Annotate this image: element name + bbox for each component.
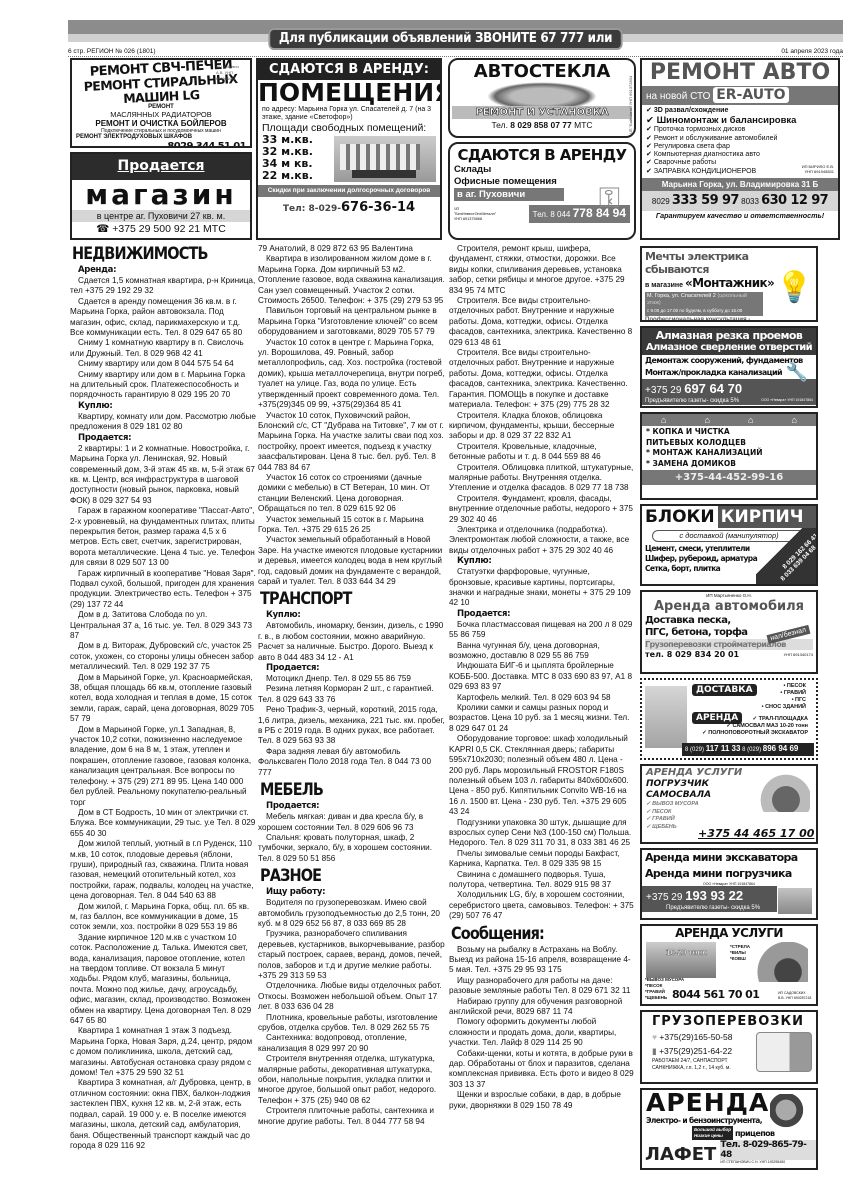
classified-ad: Возьму на рыбалку в Астрахань на Воблу. … — [449, 945, 635, 976]
classified-ad: Квартира 3 комнатная, а/г Дубровка, цент… — [70, 1078, 256, 1151]
ad-title: АРЕНДА УСЛУГИ — [642, 926, 816, 941]
ad-legal: ЧП "БайлАвто" УНП 691372834 — [628, 64, 633, 134]
classified-ad: Сниму квартиру или дом в г. Марьина Горк… — [70, 370, 256, 401]
ad-title: АВТОСТЕКЛА — [452, 62, 632, 82]
ad-legal: ИП САДОВСКИХ В.В. УНП 690287218 — [778, 991, 812, 1000]
drill-image — [770, 1094, 810, 1134]
check-icon: ✔ — [646, 126, 652, 133]
lightbulb-icon: 💡 — [776, 270, 813, 305]
subsection-title: Продается: — [78, 433, 256, 444]
service-label: Ремонт и обслуживание автомобилей — [654, 135, 778, 142]
service-item: ✔ Проточка тормозных дисков — [646, 126, 834, 134]
service-item: ✔ 3D развал/схождение — [646, 107, 834, 115]
ad-blocks-bricks: БЛОКИ КИРПИЧ с доставкой (манипулятор) Ц… — [640, 504, 818, 586]
classified-ad: Дом жилой теплый, уютный в г.п Руденск, … — [70, 839, 256, 901]
ad-cargo-transport: ГРУЗОПЕРЕВОЗКИ ♥ +375(29)165-50-58 ▮ +37… — [640, 1010, 818, 1084]
ad-title: КИРПИЧ — [718, 506, 816, 528]
ad-phone: 896 94 69 — [763, 744, 799, 753]
subsection-title: Куплю: — [266, 610, 446, 621]
ad-services-rent: АРЕНДА УСЛУГИ 10-20 тонн *СТРЕЛА *ВИЛЫ *… — [640, 924, 818, 1006]
ad-headline: ПОМЕЩЕНИЯ — [258, 80, 440, 106]
ad-legal: ИП БИРИЛО Е.В. УНП 691945831 — [794, 164, 834, 174]
classified-ad: Дом в СТ Бодрость, 10 мин от электрички … — [70, 808, 256, 839]
service-item: ✓ ПОЛНОПОВОРОТНЫЙ ЭКСКАВАТОР — [702, 730, 808, 737]
ad-location: в центре аг. Пуховичи 27 кв. м. — [72, 210, 250, 222]
section-title-messages: Сообщения: — [451, 924, 607, 944]
classified-ad-continued: 79 Анатолий, 8 029 872 63 95 Валентина — [258, 244, 446, 254]
classified-ad: Дом в Марьиной Горке, ул.1 Западная, 8, … — [70, 725, 256, 808]
classified-ad: Подгузники упаковка 30 штук, дышащие для… — [449, 818, 635, 849]
ad-address: по адресу: Марьина Горка ул. Спасателей … — [258, 106, 440, 122]
subsection-title: Продается: — [457, 609, 635, 620]
ad-phone: тел. 8 029 834 20 01 — [645, 650, 739, 659]
classified-ad: Картофель мелкий. Тел. 8 029 603 94 58 — [449, 693, 635, 703]
classified-ad: Квартиру, комнату или дом. Рассмотрю люб… — [70, 412, 256, 433]
classified-ad: Строителя. Кладка блоков, облицовка кирп… — [449, 411, 635, 442]
classified-ad: Бочка пластмассовая пищевая на 200 л 8 0… — [449, 620, 635, 641]
ad-hours: с 9.00 до 17.00 по будням, в субботу до … — [647, 308, 742, 313]
classified-ad: Участок 16 соток со строениями (дачные д… — [258, 473, 446, 515]
service-label: 3D развал/схождение — [654, 107, 729, 114]
section-title-real-estate: НЕДВИЖИМОСТЬ — [72, 244, 228, 264]
ad-subtitle: на новой СТО — [646, 91, 713, 102]
ad-subtitle: РЕМОНТ И УСТАНОВКА — [452, 106, 632, 119]
subsection-title: Ищу работу: — [266, 887, 446, 898]
classified-ad: 2 квартиры: 1 и 2 комнатные. Новостройка… — [70, 444, 256, 506]
classified-ad: Фара задняя левая б/у автомобиль Фольксв… — [258, 747, 446, 778]
classified-ad: Водителя по грузоперевозкам. Имею свой а… — [258, 898, 446, 929]
ad-phone-prefix: +375 29 — [646, 892, 685, 903]
classified-ad: Ищу разнорабочего для работы на даче: ра… — [449, 976, 635, 997]
ad-phone: +375(29)165-50-58 — [659, 1032, 732, 1042]
classified-ad: Строителя внутренняя отделка, штукатурка… — [258, 1054, 446, 1106]
ad-title: РЕМОНТ АВТО — [642, 60, 838, 86]
ad-address: Марьина Горка, ул. Владимировка 31 Б — [642, 178, 838, 191]
ad-car-repair: РЕМОНТ АВТО на новой СТО ER-AUTO ✔ 3D ра… — [640, 58, 840, 240]
ad-phone: 676-36-14 — [341, 200, 415, 215]
classified-ad: Участок 10 соток, Пуховичский район, Бло… — [258, 411, 446, 473]
issue-date: 01 апреля 2023 года — [781, 48, 843, 56]
section-title-misc: РАЗНОЕ — [260, 866, 418, 886]
classified-ad: Электрика и отделочника (подработка). Эл… — [449, 525, 635, 556]
classified-ad: Строителя. Фундамент, кровля, фасады, вн… — [449, 494, 635, 525]
area-item: 22 м.кв. — [262, 170, 334, 182]
subsection-title: Продается: — [266, 663, 446, 674]
classified-ad: Свинина с домашнего подворья. Туша, полу… — [449, 870, 635, 891]
classified-ad: Грузчика, разнорабочего спиливания дерев… — [258, 929, 446, 981]
classified-ad: Строителя. Кровельные, кладочные, бетонн… — [449, 442, 635, 463]
loader-image — [750, 772, 810, 812]
ad-line: прицепов — [735, 1129, 775, 1138]
newspaper-page: Для публикации объявлений ЗВОНИТЕ 67 777… — [68, 20, 843, 1195]
classified-ad: Участок земельный обработанный в Новой З… — [258, 535, 446, 587]
ad-premises-rent: СДАЮТСЯ В АРЕНДУ: ПОМЕЩЕНИЯ по адресу: М… — [256, 58, 442, 240]
ad-line: РЕМОНТ И ОЧИСТКА БОЙЛЕРОВ — [76, 119, 246, 128]
check-icon: ✔ — [646, 107, 652, 114]
ad-line: Склады — [454, 164, 630, 176]
classified-ad: Строителя. Облицовка плиткой, штукатурны… — [449, 463, 635, 494]
ad-title: Продается — [117, 158, 204, 174]
phone-icon: ▮ — [652, 1046, 657, 1056]
brand-name: ER-AUTO — [713, 87, 788, 103]
ad-phone: +375 44 465 17 00 — [698, 827, 814, 840]
ad-warehouse-rent: СДАЮТСЯ В АРЕНДУ Склады Офисные помещени… — [448, 142, 636, 240]
ad-title: Аренда автомобиля — [645, 599, 813, 615]
service-label: Сварочные работы — [654, 159, 716, 166]
ad-discount: Предъявителю газеты- скидка 5% — [645, 398, 739, 404]
check-icon: ✔ — [646, 135, 652, 142]
classified-ad: Спальня: кровать полуторная, шкаф, 2 тум… — [258, 833, 446, 864]
classified-ad: Участок 10 соток в центре г. Марьина Гор… — [258, 338, 446, 411]
classified-ad: Щенки и взрослые собаки, в дар, в добрые… — [449, 1090, 635, 1111]
service-item: * ЗАМЕНА ДОМИКОВ — [646, 459, 812, 470]
ad-address: М. Горка, ул. Спасателей 2 — [647, 293, 716, 299]
loader-bucket-image — [728, 942, 808, 982]
classifieds-column-3: Строителя, ремонт крыш, шифера, фундамен… — [449, 244, 635, 1111]
classified-ad: Набираю группу для обучения разговорной … — [449, 997, 635, 1018]
keys-icon: ⚿ — [599, 182, 620, 215]
subsection-title: Куплю: — [78, 401, 256, 412]
classified-ad: Сдается 1,5 комнатная квартира, р-н Крин… — [70, 276, 256, 297]
ad-mini-excavator: Аренда мини экскаватора Аренда мини погр… — [640, 848, 818, 920]
ad-diamond-cutting: Алмазная резка проемов Алмазное сверлени… — [640, 326, 818, 408]
ad-phone: 630 12 97 — [761, 193, 828, 208]
service-label: Шиномонтаж и балансировка — [657, 115, 797, 126]
ad-phone-prefix: 8033 — [739, 197, 761, 206]
store-name: «Монтажник» — [685, 276, 774, 290]
classified-ad: Квартира в изолированном жилом доме в г.… — [258, 254, 446, 306]
ad-phone: 8029 344 51 01 — [167, 141, 246, 148]
ad-line: Профессиональная консультация - — [645, 316, 813, 322]
classified-ad: Строителя плиточные работы, сантехника и… — [258, 1106, 446, 1127]
ad-slogan: Гарантируем качество и ответственность! — [642, 211, 838, 221]
ad-legal: УНП 691340174 — [784, 652, 813, 657]
telephone-icon: ☎ — [96, 222, 109, 237]
ad-phone: 193 93 22 — [685, 888, 743, 903]
classified-ad: Дом в д. Витораж, Дубровский с/с, участо… — [70, 641, 256, 672]
service-label: Проточка тормозных дисков — [654, 126, 746, 133]
ad-title: Аренда мини экскаватора — [642, 850, 816, 866]
check-icon: ✔ — [646, 159, 652, 166]
ad-badge: ДОСТАВКА — [692, 684, 757, 696]
classified-ad: Мебель мягкая: диван и два кресла б/у, в… — [258, 812, 446, 833]
classified-ad: Холодильник LG, б/у, в хорошем состоянии… — [449, 890, 635, 921]
service-item: ✓ САМОСВАЛ МАЗ 10-20 тонн — [702, 723, 808, 730]
classified-ad: Индюшата БИГ-6 и цыплята бройлерные КОББ… — [449, 661, 635, 692]
folio-line: 6 стр. РЕГИОН № 026 (1801) 01 апреля 202… — [68, 48, 843, 57]
service-item: * МОНТАЖ КАНАЛИЗАЦИЙ — [646, 448, 812, 459]
classified-ad: Дом жилой, г. Марьина Горка, общ. пл. 65… — [70, 902, 256, 933]
ad-line: в магазине — [645, 282, 685, 289]
classified-ad: Сниму 1 комнатную квартиру в п. Свислочь… — [70, 338, 256, 359]
subsection-title: Продается: — [266, 801, 446, 812]
classifieds-column-1: НЕДВИЖИМОСТЬ Аренда: Сдается 1,5 комнатн… — [70, 242, 256, 1151]
service-item: ✔ Ремонт и обслуживание автомобилей — [646, 135, 834, 143]
ad-phone: 8 029 858 07 77 — [510, 120, 571, 130]
ad-phone: 333 59 97 — [672, 193, 739, 208]
ad-phone: 697 64 70 — [684, 381, 742, 396]
ad-loader-rent: АРЕНДА УСЛУГИ ПОГРУЗЧИК САМОСВАЛА ✓ ВЫВО… — [640, 764, 818, 844]
worker-drill-icon: 🔧 — [786, 362, 808, 383]
ad-phone-prefix: 8029 — [652, 197, 672, 206]
truck-image — [645, 686, 687, 748]
ad-phone-prefix: 8 (029) — [740, 747, 762, 753]
ad-legal: ИП СТЕПАНОВИЧ С.Н. УНП 193255450 — [720, 1160, 816, 1165]
ad-legal: ЧП "БелИнвестОптМеталл" УНП 691375868 — [454, 207, 494, 222]
ad-title: Алмазное сверление отверстий — [642, 342, 816, 354]
subsection-title: Куплю: — [457, 556, 635, 567]
classified-ad: Дом в Марьиной Горке, ул. Красноармейска… — [70, 673, 256, 725]
excavator-image — [778, 888, 812, 914]
ad-phone: 8044 561 70 01 — [672, 988, 759, 1001]
ad-subtitle: Грузоперевозки стройматериалов — [645, 639, 813, 650]
classified-ad: Гараж в гаражном кооперативе "Пассат-Авт… — [70, 506, 256, 568]
roof-icons-band: ⌂⌂⌂⌂ — [642, 414, 816, 426]
classified-ad: Павильон торговый на центральном рынке в… — [258, 306, 446, 337]
classified-ad: Помогу оформить документы любой сложност… — [449, 1017, 635, 1048]
car-image — [487, 82, 597, 106]
ad-title: СДАЮТСЯ В АРЕНДУ — [454, 146, 630, 164]
ad-title: Аренда мини погрузчика — [642, 866, 816, 882]
service-item: • ПЕСОК — [762, 683, 806, 690]
classified-ad: Сантехника: водопровод, отопление, канал… — [258, 1033, 446, 1054]
service-label: Компьютерная диагностика авто — [654, 151, 760, 158]
ad-line: РЕМОНТ ПЫЛЕСОСОВ — [76, 146, 144, 148]
classified-ad: Кролики самки и самцы разных пород и воз… — [449, 703, 635, 734]
classified-ad: Дом в д. Затитова Слобода по ул. Централ… — [70, 610, 256, 641]
header-banner: Для публикации объявлений ЗВОНИТЕ 67 777… — [268, 28, 622, 50]
phone-diagonal: 8 029 162 66 41 8 033 639 04 68 — [756, 528, 816, 584]
ad-title: СДАЮТСЯ В АРЕНДУ: — [258, 60, 440, 80]
classified-ad: Отделочника. Любые виды отделочных работ… — [258, 981, 446, 1012]
classifieds-column-2: 79 Анатолий, 8 029 872 63 95 Валентина К… — [258, 244, 446, 1127]
ad-phone-prefix: Тел. 8 044 — [533, 210, 573, 219]
ad-phone: 117 11 33 — [706, 744, 741, 753]
classified-ad: Мотоцикл Днепр. Тел. 8 029 55 86 759 — [258, 674, 446, 684]
ad-line: МАСЛЯННЫХ РАДИАТОРОВ — [76, 111, 246, 119]
classified-ad: Резина летняя Корморан 2 шт., с гарантие… — [258, 684, 446, 705]
house-icon: ⌂ — [792, 414, 797, 426]
ad-auto-glass: АВТОСТЕКЛА РЕМОНТ И УСТАНОВКА Тел. 8 029… — [448, 58, 636, 138]
classified-ad: Рено Трафик-3, черный, короткий, 2015 го… — [258, 705, 446, 747]
capacity-label: 10-20 тонн — [666, 948, 707, 957]
ad-delivery-rent: ДОСТАВКА • ПЕСОК • ГРАВИЙ • ПГС • СНОС З… — [640, 678, 818, 760]
classified-ad: Сдается в аренду помещения 36 кв.м. в г.… — [70, 297, 256, 339]
ad-legal: ООО «Невара» УНП 191847864 — [761, 398, 813, 404]
ad-phone: Тел. 8-029-865-79-48 — [720, 1140, 816, 1160]
ad-phone: +375 29 500 92 21 МТС — [112, 223, 226, 235]
ad-montazhnik: Мечты электрика сбываются в магазине «Мо… — [640, 246, 818, 322]
ad-phone-prefix: Тел. — [491, 120, 510, 130]
building-photo — [334, 136, 436, 182]
classified-ad: Сниму квартиру или дом 8 044 575 54 64 — [70, 359, 256, 369]
ad-title: ГРУЗОПЕРЕВОЗКИ — [652, 1013, 810, 1030]
van-image — [756, 1032, 812, 1072]
ad-discount: Скидки при заключении долгосрочных догов… — [258, 185, 440, 197]
service-item: * КОПКА И ЧИСТКА — [646, 427, 812, 438]
section-title-transport: ТРАНСПОРТ — [260, 589, 418, 609]
ad-operator: МТС — [572, 120, 593, 130]
ad-legal: ИП Хобович А.В. УНП 691001651 — [216, 64, 246, 82]
brand-name: ЛАФЕТ — [645, 1145, 716, 1165]
classified-ad: Ванна чугунная б/у, цена договорная, воз… — [449, 641, 635, 662]
section-title-furniture: МЕБЕЛЬ — [260, 780, 418, 800]
ad-line: Доставка песка, — [645, 615, 813, 627]
service-item: ✔ Шиномонтаж и балансировка — [646, 115, 834, 126]
service-item: • ПГС — [762, 697, 806, 704]
check-icon: ✔ — [646, 168, 652, 175]
ad-line: РЕМОНТ ЭЛЕКТРОДУХОВЫХ ШКАФОВ — [76, 134, 246, 141]
classified-ad: Квартира 1 комнатная 1 этаж 3 подъезд. М… — [70, 1026, 256, 1078]
classified-ad: Участок земельный 15 соток в г. Марьина … — [258, 515, 446, 536]
ad-car-rental: ИП Мартьяненко О.Н. Аренда автомобиля До… — [640, 590, 818, 674]
classified-ad: Автомобиль, иномарку, бензин, дизель, с … — [258, 621, 446, 663]
service-label: Регулировка света фар — [654, 143, 730, 150]
house-icon: ⌂ — [661, 414, 666, 426]
page-label: 6 стр. РЕГИОН № 026 (1801) — [68, 48, 156, 56]
ad-tag: Низкие цены — [694, 1133, 731, 1139]
service-item: ПИТЬЕВЫХ КОЛОДЦЕВ — [646, 438, 812, 449]
ad-phone-prefix: Тел: 8-029- — [283, 204, 341, 214]
service-item: ✓ ТРАЛ-ПЛОЩАДКА — [702, 716, 808, 723]
service-item: • ГРАВИЙ — [762, 690, 806, 697]
ad-shop-sale: Продается магазин в центре аг. Пуховичи … — [70, 152, 252, 240]
ad-phone: +375(29)251-64-22 — [659, 1046, 732, 1056]
service-item: • СНОС ЗДАНИЙ — [762, 704, 806, 711]
check-icon: ✔ — [646, 115, 654, 126]
classified-ad: Строителя, ремонт крыш, шифера, фундамен… — [449, 244, 635, 296]
check-icon: ✔ — [646, 143, 652, 150]
classified-ad: Собаки-щенки, коты и котята, в добрые ру… — [449, 1049, 635, 1091]
check-icon: ✔ — [646, 151, 652, 158]
service-item: ✓ ГРАВИЙ — [646, 816, 812, 824]
classified-ad: Здание кирпичное 120 м.кв с участком 10 … — [70, 933, 256, 1027]
ad-title: Алмазная резка проемов — [642, 329, 816, 342]
ad-headline: магазин — [72, 180, 250, 210]
classified-ad: Гараж кирпичный в кооперативе "Новая Зар… — [70, 569, 256, 611]
house-icon: ⌂ — [748, 414, 753, 426]
service-label: ЗАПРАВКА КОНДИЦИОНЕРОВ — [654, 168, 756, 175]
ad-location: в аг. Пуховичи — [454, 188, 564, 201]
ad-svch-repair: РЕМОНТ СВЧ-ПЕЧЕЙ РЕМОНТ СТИРАЛЬНЫХ МАШИН… — [70, 58, 252, 148]
classified-ad: Пчелы зимовалые семьи породы Бакфаст, Ка… — [449, 849, 635, 870]
ad-lafet-rent: АРЕНДА Электро- и бензоинструмента, Боль… — [640, 1088, 818, 1170]
classified-ad: Строителя. Все виды строительно-отделочн… — [449, 348, 635, 410]
subsection-title: Аренда: — [78, 265, 256, 276]
viber-icon: ♥ — [652, 1032, 657, 1042]
service-item: ✔ Регулировка света фар — [646, 143, 834, 151]
classified-ad: Статуэтки фарфоровые, чугунные, бронзовы… — [449, 567, 635, 609]
house-icon: ⌂ — [705, 414, 710, 426]
ad-phone: +375-44-452-99-16 — [642, 470, 816, 485]
ad-phone-prefix: 8 (029) — [685, 747, 706, 753]
ad-wells: ⌂⌂⌂⌂ * КОПКА И ЧИСТКА ПИТЬЕВЫХ КОЛОДЦЕВ … — [640, 412, 818, 500]
classified-ad: Плотника, кровельные работы, изготовлени… — [258, 1013, 446, 1034]
classified-ad: Оборудование торговое: шкаф холодильный … — [449, 734, 635, 817]
ad-discount: Предъявителю газеты- скидка 5% — [646, 905, 773, 911]
classified-ad: Строителя. Все виды строительно-отделочн… — [449, 296, 635, 348]
ad-phone-prefix: +375 29 — [645, 385, 684, 396]
ad-title: БЛОКИ — [642, 506, 715, 528]
